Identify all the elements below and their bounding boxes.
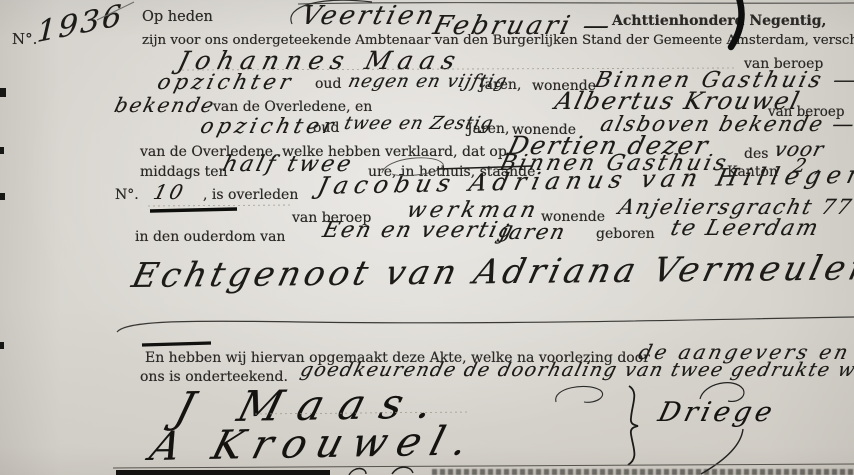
long-filler-line: [117, 317, 854, 332]
signature-declarant2: A Krouwel.: [145, 418, 483, 470]
short-thick-dash: [142, 343, 211, 345]
scan-speck-4: [0, 342, 4, 349]
printed-ouderdom: in den ouderdom van: [135, 229, 285, 245]
printed-oud-1: oud: [315, 76, 341, 92]
printed-op-heden: Op heden: [142, 9, 213, 25]
hand-jaren: jaren: [498, 220, 569, 244]
hand-closing-2: goedkeurende de doorhaling van twee gedr…: [298, 359, 854, 381]
next-record-dark-band: [116, 470, 330, 475]
thick-underline-houseno: [150, 209, 237, 211]
hand-birthplace: te Leerdam: [668, 216, 822, 241]
hand-bekende: bekende: [112, 93, 218, 117]
printed-geboren: geboren: [596, 226, 655, 242]
scan-speck-1: [0, 88, 6, 97]
hand-house-no: 10: [151, 180, 188, 204]
hand-spouse-line: Echtgenoot van Adriana Vermeulen .: [128, 248, 854, 296]
hand-deceased-age: Een en veertig: [320, 218, 518, 243]
next-record-blurred-print: [432, 469, 854, 475]
printed-no-label: N°.: [115, 187, 139, 203]
printed-year: Achttienhonderd Negentig,: [612, 13, 826, 29]
dotted-baseline-houseno: [148, 205, 292, 206]
record-number: 1936: [36, 0, 124, 50]
record-number-label: N°.: [12, 30, 37, 48]
hand-declarant2-name: Albertus Krouwel: [552, 87, 804, 115]
scan-speck-3: [0, 193, 5, 200]
hand-declarant1-occupation: opzichter: [155, 70, 297, 94]
printed-jaren-2: Jaren,: [467, 121, 509, 137]
signature-registrar: Driege: [655, 397, 779, 428]
closing-brace-mark: [628, 386, 638, 465]
printed-des: des: [744, 146, 768, 162]
printed-oud-2: oud: [313, 120, 339, 136]
death-certificate-scan: N°. 1936 Op heden Veertien Februari — Ac…: [0, 0, 854, 475]
printed-is-overleden: , is overleden: [203, 187, 298, 203]
scan-speck-2: [0, 147, 4, 154]
printed-jaren-1: Jaren,: [479, 77, 521, 93]
next-record-hand-strokes: [349, 467, 413, 475]
hand-day: Veertien: [298, 1, 440, 31]
printed-middags-ten: middags ten: [140, 164, 228, 180]
flourish-left-of-brace: [556, 386, 603, 402]
registrar-descender-stroke: [701, 429, 743, 474]
